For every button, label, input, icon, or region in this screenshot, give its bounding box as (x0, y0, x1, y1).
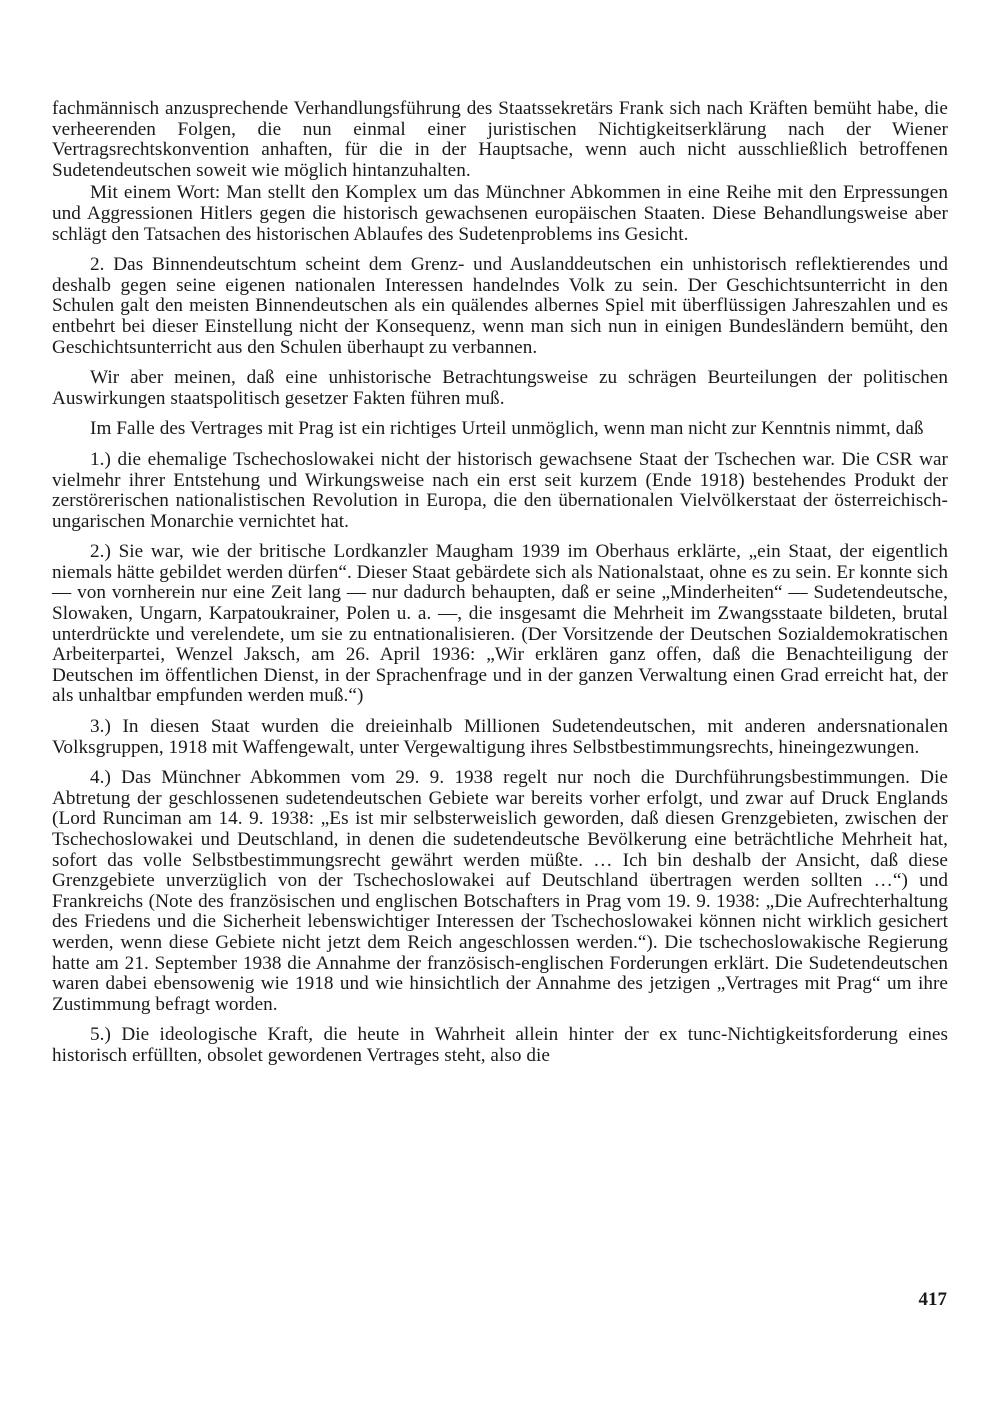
paragraph-im-falle: Im Falle des Vertrages mit Prag ist ein … (52, 419, 948, 440)
list-item-5: 5.) Die ideologische Kraft, die heute in… (52, 1025, 948, 1066)
paragraph-wir-aber-meinen: Wir aber meinen, daß eine unhistorische … (52, 368, 948, 409)
list-item-4: 4.) Das Münchner Abkommen vom 29. 9. 193… (52, 768, 948, 1015)
list-item-2: 2.) Sie war, wie der britische Lordkanzl… (52, 542, 948, 707)
page-body: fachmännisch anzusprechende Verhandlungs… (52, 99, 948, 1067)
paragraph-continued-frank: fachmännisch anzusprechende Verhandlungs… (52, 99, 948, 181)
paragraph-point-2-binnendeutschtum: 2. Das Binnendeutschtum scheint dem Gren… (52, 255, 948, 358)
page-number: 417 (919, 1289, 948, 1311)
list-item-3: 3.) In diesen Staat wurden die dreieinha… (52, 717, 948, 758)
list-item-1: 1.) die ehemalige Tschechoslowakei nicht… (52, 450, 948, 532)
paragraph-mit-einem-wort: Mit einem Wort: Man stellt den Komplex u… (52, 183, 948, 245)
